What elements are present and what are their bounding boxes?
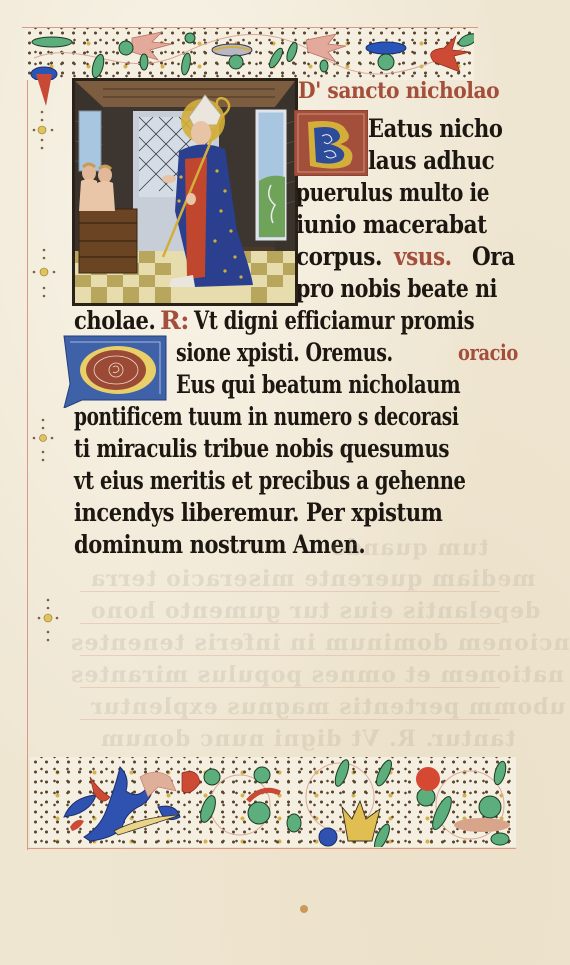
ghost-line-1: tum quando [330, 535, 489, 561]
text-line-12: vt eius meritis et precibus a gehenne [74, 468, 466, 493]
show-through-ruling [80, 719, 500, 720]
rubric-heading: D' sancto nicholao [298, 80, 499, 102]
text-line-6: pro nobis beate ni [296, 276, 497, 301]
text-line-13: incendys liberemur. Per xpistum [74, 500, 442, 525]
text-line-5: corpus. vsus. Ora [296, 244, 396, 269]
rubric-response: R: [160, 308, 189, 333]
miniature-saint-nicholas [72, 78, 298, 306]
text-cholae: cholae. [74, 308, 155, 333]
text-line-2: laus adhuc [368, 148, 494, 173]
show-through-ruling [80, 655, 500, 656]
show-through-ruling [80, 623, 500, 624]
rubric-versus: vsus. [394, 244, 452, 269]
text-line-1: Eatus nicho [368, 116, 502, 141]
text-ora: Ora [472, 244, 515, 269]
bottom-border-decoration [30, 757, 516, 847]
ghost-line-3: depelantis eius tur gumento hono [90, 598, 540, 624]
text-line-9: Eus qui beatum nicholaum [176, 372, 460, 397]
ghost-line-4: mancionem dominum in inferis tenentes [70, 630, 570, 656]
ghost-line-5: nationem et omnes populus mirantes [70, 662, 564, 688]
text-line-14: dominum nostrum Amen. [74, 532, 365, 557]
show-through-ruling [80, 591, 500, 592]
text-sione: sione xpisti. Oremus. [176, 340, 393, 365]
manuscript-page: D' sancto nicholao Eatus nicho laus adhu… [0, 0, 570, 965]
illuminated-initial-d [62, 334, 168, 408]
text-corpus: corpus. [296, 244, 382, 269]
text-line-10: pontificem tuum in numero s decorasi [74, 404, 459, 429]
text-line-11: ti miraculis tribue nobis quesumus [74, 436, 449, 461]
parchment-stain [300, 905, 308, 913]
ghost-line-2: mediam querente miseracio terra [90, 566, 536, 592]
text-line-3: puerulus multo ie [296, 180, 489, 205]
bottom-ruling [28, 848, 516, 849]
text-vt-digni: Vt digni efficiamur promis [194, 308, 474, 333]
ghost-line-6: ubomm pertentis magnus explentur [90, 694, 566, 720]
top-border-decoration [24, 28, 474, 80]
show-through-ruling [80, 687, 500, 688]
rubric-oratio: oracio [458, 342, 518, 363]
illuminated-initial-b [294, 110, 368, 176]
ghost-line-7: tantur. R. Vt digni nunc donum [100, 726, 515, 752]
text-line-4: iunio macerabat [296, 212, 487, 237]
